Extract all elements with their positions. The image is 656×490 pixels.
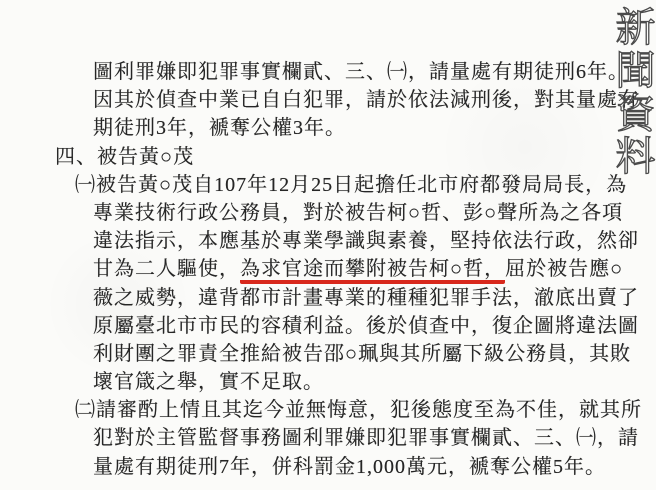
- text-line: 專業技術行政公務員，對於被告柯○哲、彭○聲所為之各項: [55, 199, 635, 227]
- text-line: 違法指示，本應基於專業學識與素養，堅持依法行政，然卻: [55, 227, 635, 255]
- item-marker: ㈠: [75, 174, 96, 196]
- intro-paragraph: 圖利罪嫌即犯罪事實欄貳、三、㈠，請量處有期徒刑6年。因其於偵查中業已自白犯罪，請…: [55, 58, 635, 143]
- news-material-stamp: 新聞資料: [600, 6, 652, 178]
- text-line: 甘為二人驅使，為求官途而攀附被告柯○哲，屈於被告應○: [55, 255, 635, 283]
- section-heading: 四、被告黃○茂: [55, 143, 635, 171]
- text-line: 因其於偵查中業已自白犯罪，請於依法減刑後，對其量處有: [55, 86, 635, 114]
- text-line: 利財團之罪責全推給被告邵○珮與其所屬下級公務員，其敗: [55, 340, 635, 368]
- text-segment: 屈於被告應○: [505, 258, 623, 280]
- text-line: 壞官箴之舉，實不足取。: [55, 368, 635, 396]
- text-segment: 甘為二人驅使，: [93, 258, 240, 280]
- text-line: 量處有期徒刑7年，併科罰金1,000萬元，褫奪公權5年。: [55, 453, 635, 481]
- text-line: 原屬臺北市市民的容積利益。後於偵查中，復企圖將違法圖: [55, 312, 635, 340]
- numbered-item: ㈡請審酌上情且其迄今並無悔意，犯後態度至為不佳，就其所犯對於主管監督事務圖利罪嫌…: [55, 396, 635, 481]
- text-line: ㈠被告黃○茂自107年12月25日起擔任北市府都發局局長，為: [55, 171, 635, 199]
- scanned-document-page: 圖利罪嫌即犯罪事實欄貳、三、㈠，請量處有期徒刑6年。因其於偵查中業已自白犯罪，請…: [0, 0, 656, 490]
- text-line: ㈡請審酌上情且其迄今並無悔意，犯後態度至為不佳，就其所: [55, 396, 635, 424]
- text-line: 期徒刑3年，褫奪公權3年。: [55, 114, 635, 142]
- numbered-item: ㈠被告黃○茂自107年12月25日起擔任北市府都發局局長，為專業技術行政公務員，…: [55, 171, 635, 397]
- red-underlined-text: 為求官途而攀附被告柯○哲，: [240, 258, 505, 284]
- document-body: 圖利罪嫌即犯罪事實欄貳、三、㈠，請量處有期徒刑6年。因其於偵查中業已自白犯罪，請…: [55, 58, 635, 481]
- text-line: 犯對於主管監督事務圖利罪嫌即犯罪事實欄貳、三、㈠，請: [55, 424, 635, 452]
- text-line: 薇之威勢，違背都市計畫專業的種種犯罪手法，澈底出賣了: [55, 284, 635, 312]
- text-line: 圖利罪嫌即犯罪事實欄貳、三、㈠，請量處有期徒刑6年。: [55, 58, 635, 86]
- item-marker: ㈡: [75, 399, 96, 421]
- numbered-items: ㈠被告黃○茂自107年12月25日起擔任北市府都發局局長，為專業技術行政公務員，…: [55, 171, 635, 481]
